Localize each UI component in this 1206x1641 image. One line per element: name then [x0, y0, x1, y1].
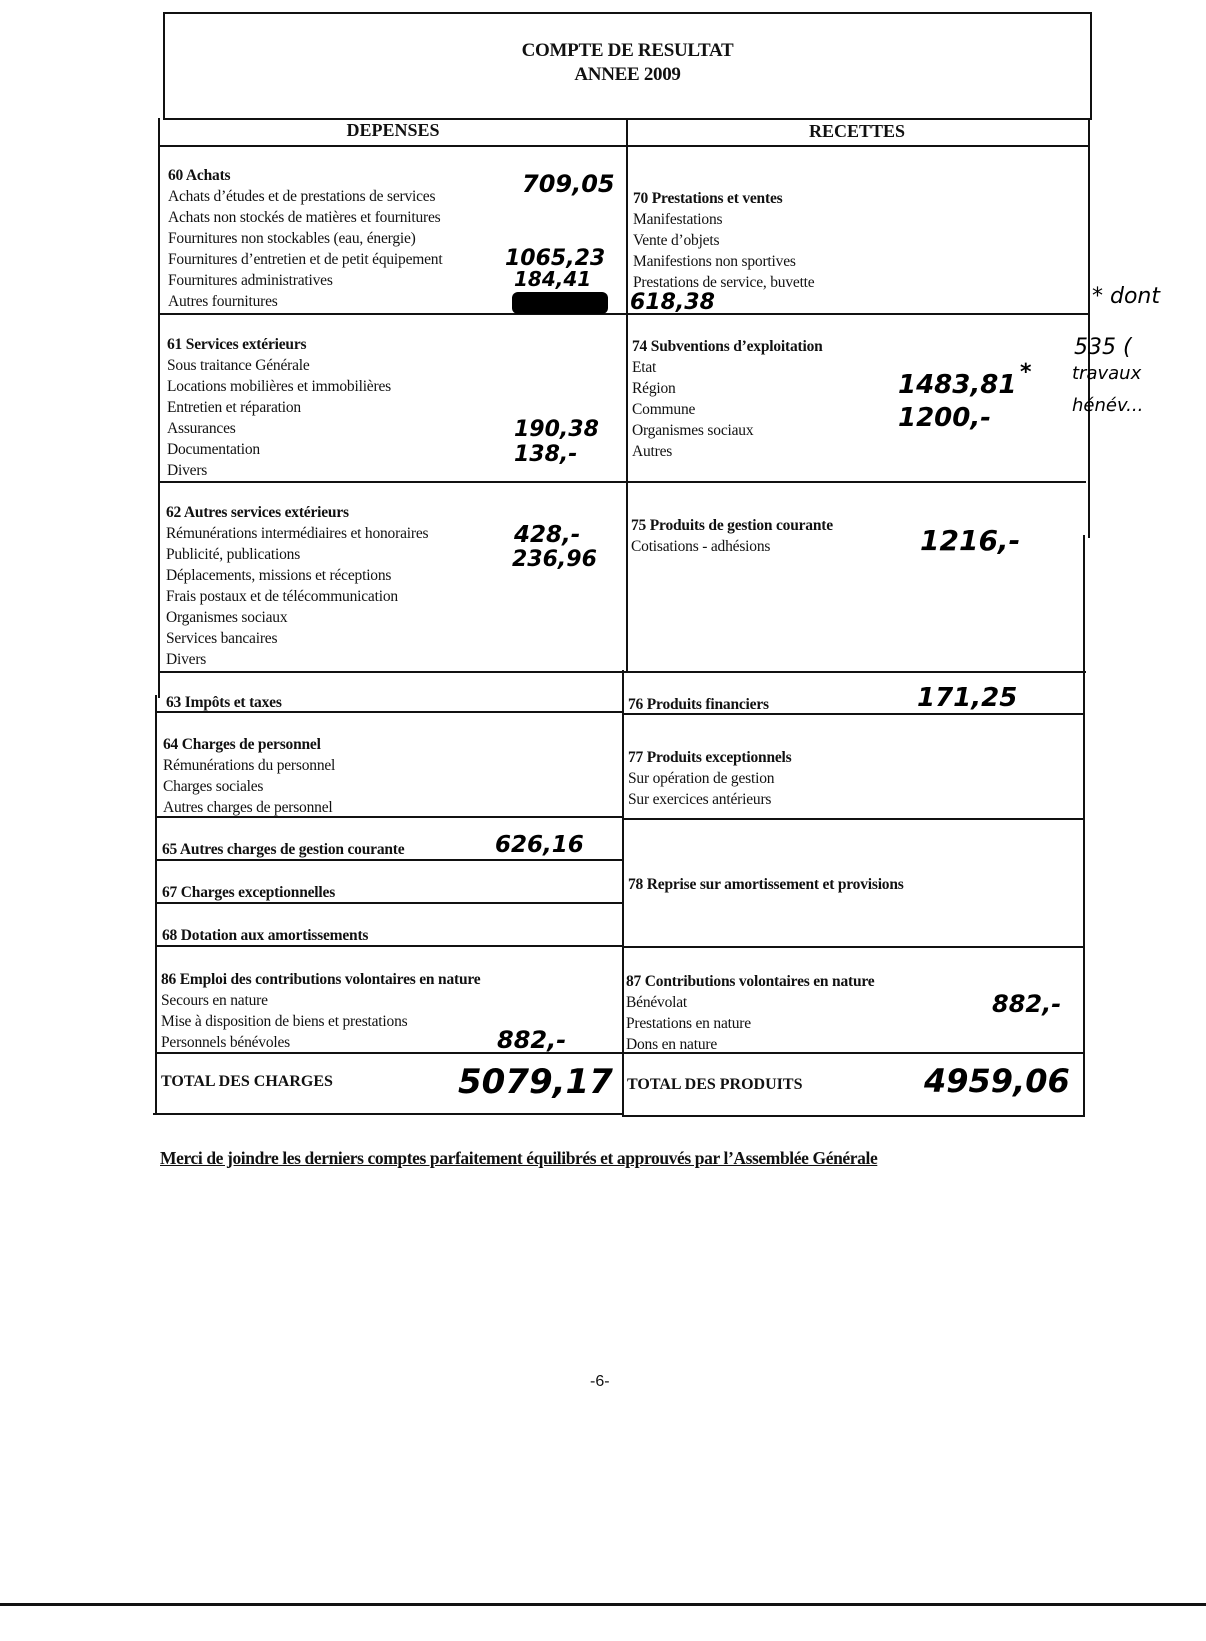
line-item: Services bancaires — [166, 628, 428, 649]
line-item: Mise à disposition de biens et prestatio… — [161, 1011, 480, 1032]
line-item: Prestations en nature — [626, 1013, 874, 1034]
amount-remunerations-honoraires: 428,- — [514, 522, 580, 548]
section-title: 75 Produits de gestion courante — [631, 515, 833, 536]
line-item: Frais postaux et de télécommunication — [166, 586, 428, 607]
line-item: Fournitures administratives — [168, 270, 442, 291]
amount-personnels-benevoles: 882,- — [497, 1026, 566, 1054]
line-item: Vente d’objets — [633, 230, 814, 251]
section-title: 61 Services extérieurs — [167, 334, 391, 355]
line-item: Charges sociales — [163, 776, 335, 797]
line-item: Achats non stockés de matières et fourni… — [168, 207, 442, 228]
section-78-reprise: 78 Reprise sur amortissement et provisio… — [628, 874, 904, 895]
line-item: Divers — [167, 460, 391, 481]
total-produits-label: TOTAL DES PRODUITS — [627, 1076, 802, 1094]
section-86-emploi-contributions: 86 Emploi des contributions volontaires … — [161, 969, 480, 1053]
document-subtitle: ANNEE 2009 — [165, 64, 1090, 86]
section-61-services-exterieurs: 61 Services extérieurs Sous traitance Gé… — [167, 334, 391, 481]
margin-note-line: * dont — [1092, 284, 1160, 309]
margin-note-line: travaux — [1072, 363, 1141, 384]
amount-region: 1483,81 — [898, 370, 1016, 400]
line-item: Bénévolat — [626, 992, 874, 1013]
amount-achats-etudes: 709,05 — [522, 170, 615, 198]
column-header-depenses: DEPENSES — [160, 120, 626, 141]
section-76-produits-financiers: 76 Produits financiers — [628, 694, 769, 715]
line-item: Divers — [166, 649, 428, 670]
amount-benevolat: 882,- — [992, 990, 1061, 1018]
total-charges-label: TOTAL DES CHARGES — [161, 1073, 333, 1091]
line-item: Documentation — [167, 439, 391, 460]
section-67-charges-exceptionnelles: 67 Charges exceptionnelles — [162, 882, 335, 903]
section-title: 60 Achats — [168, 165, 442, 186]
section-title: 74 Subventions d’exploitation — [632, 336, 823, 357]
crossed-out-amount-scribble — [512, 292, 608, 314]
line-item: Région — [632, 378, 823, 399]
amount-fournitures-administratives: 184,41 — [514, 267, 591, 291]
section-60-achats: 60 Achats Achats d’études et de prestati… — [168, 165, 442, 312]
line-item: Manifestations — [633, 209, 814, 230]
line-item: Rémunérations intermédiaires et honorair… — [166, 523, 428, 544]
line-item: Achats d’études et de prestations de ser… — [168, 186, 442, 207]
line-item: Rémunérations du personnel — [163, 755, 335, 776]
line-item: Fournitures non stockables (eau, énergie… — [168, 228, 442, 249]
line-item: Organismes sociaux — [632, 420, 823, 441]
line-item: Locations mobilières et immobilières — [167, 376, 391, 397]
total-produits-value: 4959,06 — [924, 1062, 1070, 1100]
section-title: 86 Emploi des contributions volontaires … — [161, 969, 480, 990]
section-68-dotation: 68 Dotation aux amortissements — [162, 925, 368, 946]
line-item: Secours en nature — [161, 990, 480, 1011]
section-62-autres-services: 62 Autres services extérieurs Rémunérati… — [166, 502, 428, 670]
section-65-autres-charges: 65 Autres charges de gestion courante — [162, 839, 404, 860]
column-header-recettes: RECETTES — [626, 121, 1088, 142]
document-title: COMPTE DE RESULTAT — [165, 40, 1090, 62]
section-title: 76 Produits financiers — [628, 694, 769, 715]
amount-documentation: 138,- — [514, 442, 577, 467]
line-item: Autres — [632, 441, 823, 462]
section-64-charges-personnel: 64 Charges de personnel Rémunérations du… — [163, 734, 335, 818]
total-charges-value: 5079,17 — [458, 1062, 613, 1102]
section-77-produits-exceptionnels: 77 Produits exceptionnels Sur opération … — [628, 747, 792, 810]
section-title: 78 Reprise sur amortissement et provisio… — [628, 874, 904, 895]
line-item: Sur exercices antérieurs — [628, 789, 792, 810]
section-title: 65 Autres charges de gestion courante — [162, 839, 404, 860]
section-title: 77 Produits exceptionnels — [628, 747, 792, 768]
bottom-rule — [0, 1603, 1206, 1606]
line-item: Autres charges de personnel — [163, 797, 335, 818]
section-70-prestations-ventes: 70 Prestations et ventes Manifestations … — [633, 188, 814, 293]
section-63-impots: 63 Impôts et taxes — [166, 692, 282, 713]
line-item: Organismes sociaux — [166, 607, 428, 628]
amount-assurances: 190,38 — [514, 417, 599, 442]
footer-instruction: Merci de joindre les derniers comptes pa… — [160, 1148, 877, 1169]
line-item: Manifestions non sportives — [633, 251, 814, 272]
amount-cotisations: 1216,- — [920, 524, 1020, 557]
page-number: -6- — [590, 1373, 610, 1391]
line-item: Sous traitance Générale — [167, 355, 391, 376]
line-item: Assurances — [167, 418, 391, 439]
line-item: Commune — [632, 399, 823, 420]
line-item: Sur opération de gestion — [628, 768, 792, 789]
section-title: 87 Contributions volontaires en nature — [626, 971, 874, 992]
amount-autres-charges-gestion: 626,16 — [495, 832, 584, 858]
section-title: 70 Prestations et ventes — [633, 188, 814, 209]
line-item: Personnels bénévoles — [161, 1032, 480, 1053]
amount-publicite: 236,96 — [512, 547, 597, 572]
amount-prestations-buvette: 618,38 — [630, 290, 715, 315]
line-item: Fournitures d’entretien et de petit équi… — [168, 249, 442, 270]
section-74-subventions: 74 Subventions d’exploitation Etat Régio… — [632, 336, 823, 462]
section-title: 62 Autres services extérieurs — [166, 502, 428, 523]
margin-note-line: 535 ( — [1074, 335, 1132, 360]
amount-produits-financiers: 171,25 — [917, 683, 1017, 713]
amount-commune: 1200,- — [898, 403, 991, 433]
section-title: 67 Charges exceptionnelles — [162, 882, 335, 903]
line-item: Cotisations - adhésions — [631, 536, 833, 557]
line-item: Déplacements, missions et réceptions — [166, 565, 428, 586]
section-title: 63 Impôts et taxes — [166, 692, 282, 713]
margin-note-line: hénév... — [1072, 395, 1143, 416]
line-item: Entretien et réparation — [167, 397, 391, 418]
asterisk-mark: * — [1020, 360, 1032, 385]
line-item: Autres fournitures — [168, 291, 442, 312]
line-item: Publicité, publications — [166, 544, 428, 565]
line-item: Etat — [632, 357, 823, 378]
section-title: 64 Charges de personnel — [163, 734, 335, 755]
section-title: 68 Dotation aux amortissements — [162, 925, 368, 946]
section-75-produits-gestion: 75 Produits de gestion courante Cotisati… — [631, 515, 833, 557]
section-87-contributions-volontaires: 87 Contributions volontaires en nature B… — [626, 971, 874, 1055]
line-item: Dons en nature — [626, 1034, 874, 1055]
